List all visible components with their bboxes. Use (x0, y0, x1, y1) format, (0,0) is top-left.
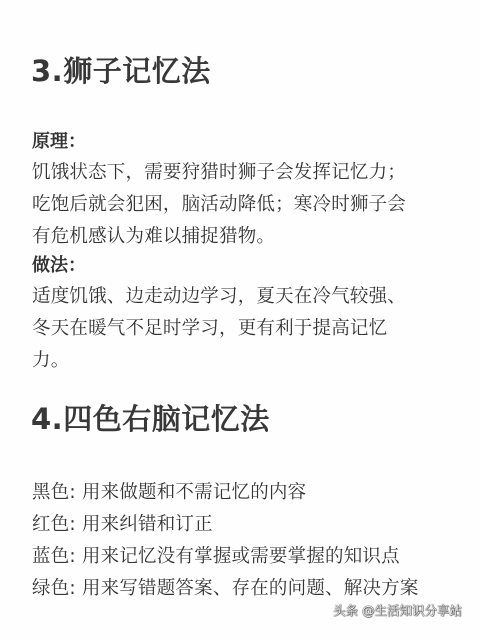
method-line-2: 冬天在暖气不足时学习，更有利于提高记忆 (32, 317, 387, 341)
watermark: 头条 @生活知识分享站 (333, 602, 462, 620)
section-4-title: 4.四色右脑记忆法 (31, 401, 270, 437)
principle-line-1: 饥饿状态下，需要狩猎时狮子会发挥记忆力； (32, 161, 406, 185)
principle-line-3: 有危机感认为难以捕捉猎物。 (32, 225, 275, 249)
color-item-blue: 蓝色: 用来记忆没有掌握或需要掌握的知识点 (32, 545, 400, 569)
method-line-3: 力。 (32, 349, 69, 373)
principle-label: 原理： (32, 130, 86, 154)
color-item-black: 黑色: 用来做题和不需记忆的内容 (32, 481, 306, 505)
method-label: 做法： (32, 254, 86, 278)
article-page: 3.狮子记忆法 原理： 饥饿状态下，需要狩猎时狮子会发挥记忆力； 吃饱后就会犯困… (0, 0, 480, 640)
section-3-title: 3.狮子记忆法 (31, 53, 211, 89)
method-line-1: 适度饥饿、边走动边学习，夏天在冷气较强、 (32, 285, 406, 309)
color-item-green: 绿色: 用来写错题答案、存在的问题、解决方案 (32, 577, 419, 601)
color-item-red: 红色: 用来纠错和订正 (32, 513, 213, 537)
principle-line-2: 吃饱后就会犯困，脑活动降低；寒冷时狮子会 (32, 193, 406, 217)
